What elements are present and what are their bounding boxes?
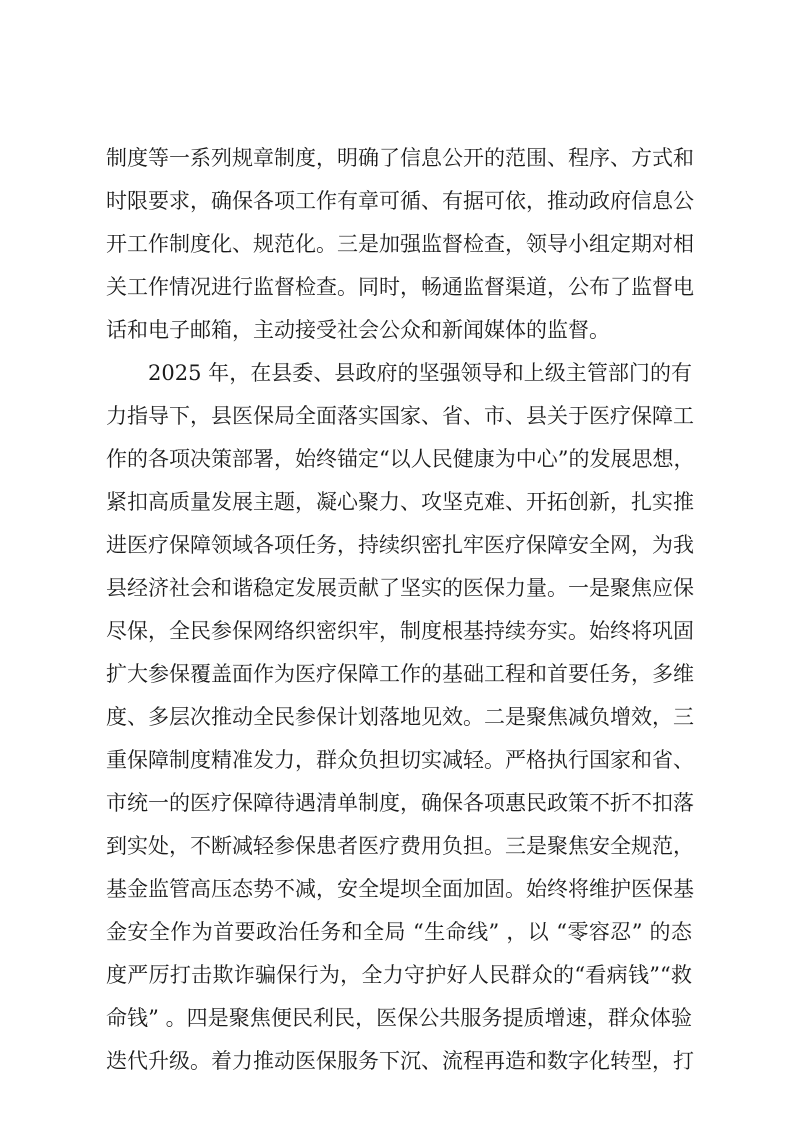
text-line: 迭代升级。着力推动医保服务下沉、流程再造和数字化转型，打 [106, 1042, 692, 1080]
text-line: 度严厉打击欺诈骗保行为，全力守护好人民群众的“看病钱”“救 [106, 956, 692, 994]
text-line: 关工作情况进行监督检查。同时，畅通监督渠道，公布了监督电 [106, 268, 692, 306]
paragraph-end-line: 话和电子邮箱，主动接受社会公众和新闻媒体的监督。 [106, 311, 692, 349]
text-line: 进医疗保障领域各项任务，持续织密扎牢医疗保障安全网，为我 [106, 526, 692, 564]
text-line: 力指导下，县医保局全面落实国家、省、市、县关于医疗保障工 [106, 397, 692, 435]
text-line: 开工作制度化、规范化。三是加强监督检查，领导小组定期对相 [106, 225, 692, 263]
text-line: 制度等一系列规章制度，明确了信息公开的范围、程序、方式和 [106, 139, 692, 177]
text-line: 紧扣高质量发展主题，凝心聚力、攻坚克难、开拓创新，扎实推 [106, 483, 692, 521]
text-line: 作的各项决策部署，始终锚定“以人民健康为中心”的发展思想， [106, 440, 692, 478]
text-line: 金安全作为首要政治任务和全局 “生命线” ，以 “零容忍” 的态 [106, 913, 692, 951]
text-line: 命钱” 。四是聚焦便民利民，医保公共服务提质增速，群众体验 [106, 999, 692, 1037]
text-line: 时限要求，确保各项工作有章可循、有据可依，推动政府信息公 [106, 182, 692, 220]
text-line: 尽保，全民参保网络织密织牢，制度根基持续夯实。始终将巩固 [106, 612, 692, 650]
text-line: 到实处，不断减轻参保患者医疗费用负担。三是聚焦安全规范， [106, 827, 692, 865]
document-page: 制度等一系列规章制度，明确了信息公开的范围、程序、方式和 时限要求，确保各项工作… [0, 0, 793, 1122]
text-line: 重保障制度精准发力，群众负担切实减轻。严格执行国家和省、 [106, 741, 692, 779]
text-line: 市统一的医疗保障待遇清单制度，确保各项惠民政策不折不扣落 [106, 784, 692, 822]
text-line: 县经济社会和谐稳定发展贡献了坚实的医保力量。一是聚焦应保 [106, 569, 692, 607]
text-line: 扩大参保覆盖面作为医疗保障工作的基础工程和首要任务，多维 [106, 655, 692, 693]
text-line: 基金监管高压态势不减，安全堤坝全面加固。始终将维护医保基 [106, 870, 692, 908]
paragraph-start-line: 2025 年，在县委、县政府的坚强领导和上级主管部门的有 [148, 354, 692, 392]
text-line: 度、多层次推动全民参保计划落地见效。二是聚焦减负增效，三 [106, 698, 692, 736]
